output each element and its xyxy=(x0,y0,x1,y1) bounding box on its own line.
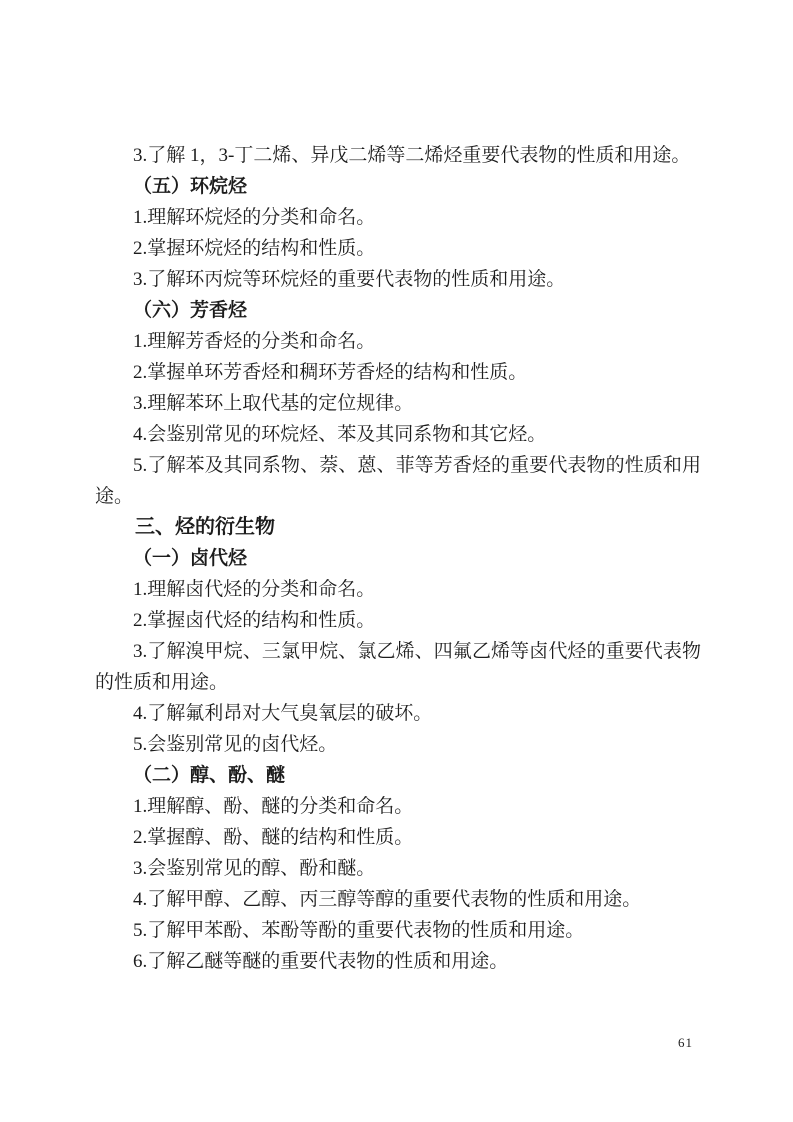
requirement-item: 6.了解乙醚等醚的重要代表物的性质和用途。 xyxy=(95,946,701,977)
requirement-item: 3.会鉴别常见的醇、酚和醚。 xyxy=(95,853,701,884)
requirement-item: 2.掌握醇、酚、醚的结构和性质。 xyxy=(95,822,701,853)
requirement-item: 3.理解苯环上取代基的定位规律。 xyxy=(95,388,701,419)
subsection-heading-aromatics: （六）芳香烃 xyxy=(95,295,701,326)
subsection-heading-haloalkanes: （一）卤代烃 xyxy=(95,543,701,574)
subsection-heading-cycloalkanes: （五）环烷烃 xyxy=(95,171,701,202)
subsection-heading-alcohols-phenols-ethers: （二）醇、酚、醚 xyxy=(95,760,701,791)
requirement-item: 3.了解 1，3-丁二烯、异戊二烯等二烯烃重要代表物的性质和用途。 xyxy=(95,140,701,171)
requirement-item: 1.理解卤代烃的分类和命名。 xyxy=(95,574,701,605)
requirement-item: 4.了解甲醇、乙醇、丙三醇等醇的重要代表物的性质和用途。 xyxy=(95,884,701,915)
syllabus-text-block: 3.了解 1，3-丁二烯、异戊二烯等二烯烃重要代表物的性质和用途。 （五）环烷烃… xyxy=(95,140,701,977)
requirement-item: 5.了解苯及其同系物、萘、蒽、菲等芳香烃的重要代表物的性质和用途。 xyxy=(95,450,701,512)
requirement-item: 1.理解芳香烃的分类和命名。 xyxy=(95,326,701,357)
page-number: 61 xyxy=(678,1035,693,1051)
requirement-item: 2.掌握环烷烃的结构和性质。 xyxy=(95,233,701,264)
requirement-item: 2.掌握卤代烃的结构和性质。 xyxy=(95,605,701,636)
document-page: 3.了解 1，3-丁二烯、异戊二烯等二烯烃重要代表物的性质和用途。 （五）环烷烃… xyxy=(0,0,793,1122)
requirement-item: 2.掌握单环芳香烃和稠环芳香烃的结构和性质。 xyxy=(95,357,701,388)
section-heading-derivatives: 三、烃的衍生物 xyxy=(95,512,701,543)
requirement-item: 1.理解醇、酚、醚的分类和命名。 xyxy=(95,791,701,822)
requirement-item: 3.了解溴甲烷、三氯甲烷、氯乙烯、四氟乙烯等卤代烃的重要代表物的性质和用途。 xyxy=(95,636,701,698)
requirement-item: 4.会鉴别常见的环烷烃、苯及其同系物和其它烃。 xyxy=(95,419,701,450)
requirement-item: 5.了解甲苯酚、苯酚等酚的重要代表物的性质和用途。 xyxy=(95,915,701,946)
requirement-item: 5.会鉴别常见的卤代烃。 xyxy=(95,729,701,760)
requirement-item: 3.了解环丙烷等环烷烃的重要代表物的性质和用途。 xyxy=(95,264,701,295)
requirement-item: 1.理解环烷烃的分类和命名。 xyxy=(95,202,701,233)
requirement-item: 4.了解氟利昂对大气臭氧层的破坏。 xyxy=(95,698,701,729)
